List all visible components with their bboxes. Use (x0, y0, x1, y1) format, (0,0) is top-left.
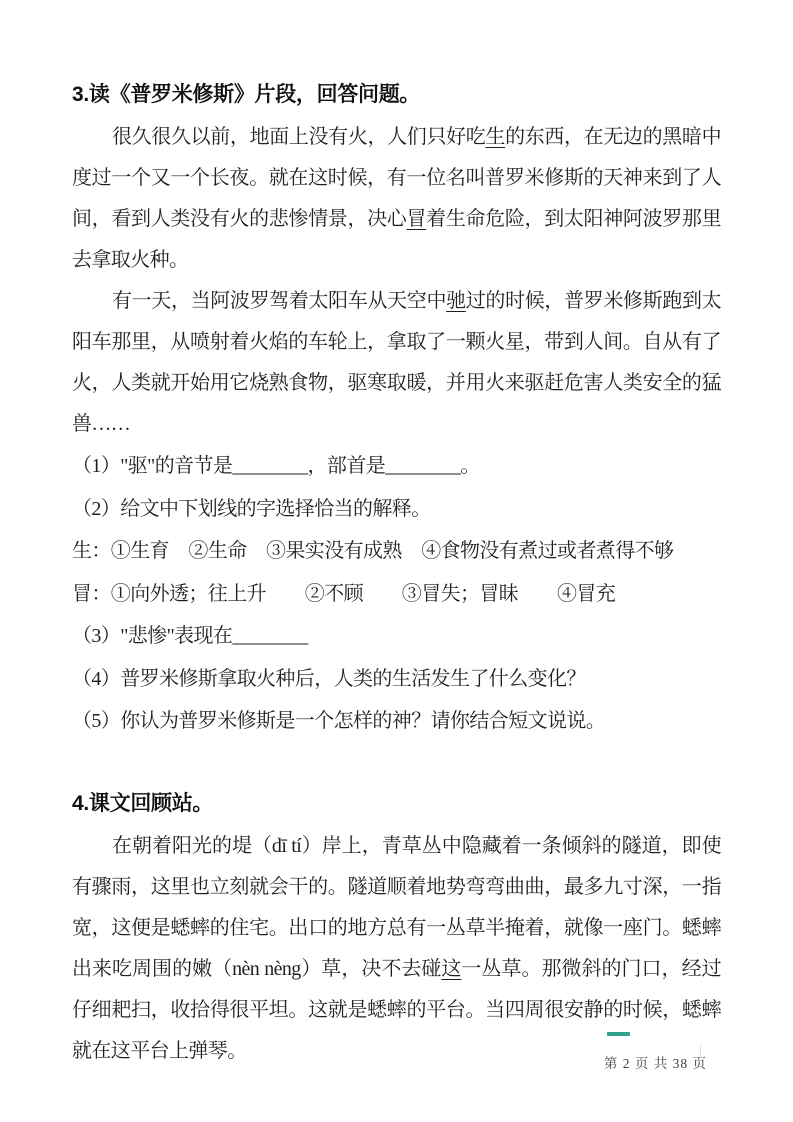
section-3-heading: 3.读《普罗米修斯》片段，回答问题。 (72, 72, 721, 117)
section-prometheus: 3.读《普罗米修斯》片段，回答问题。 很久很久以前，地面上没有火，人们只好吃生的… (72, 72, 721, 743)
question-1: （1）"驱"的音节是________，部首是________。 (72, 445, 721, 488)
section-3-number: 3. (72, 83, 89, 106)
footer-accent-line (607, 1032, 630, 1036)
document-page: 3.读《普罗米修斯》片段，回答问题。 很久很久以前，地面上没有火，人们只好吃生的… (0, 0, 793, 1122)
question-3: （3）"悲惨"表现在________ (72, 615, 721, 658)
section-3-title: 读《普罗米修斯》片段，回答问题。 (89, 82, 420, 106)
prometheus-paragraph-1: 很久很久以前，地面上没有火，人们只好吃生的东西，在无边的黑暗中度过一个又一个长夜… (72, 117, 721, 281)
question-2: （2）给文中下划线的字选择恰当的解释。 (72, 488, 721, 531)
page-number-label: 第 2 页 共 38 页 (604, 1054, 707, 1074)
question-4: （4）普罗米修斯拿取火种后，人类的生活发生了什么变化？ (72, 658, 721, 701)
question-5: （5）你认为普罗米修斯是一个怎样的神？请你结合短文说说。 (72, 700, 721, 743)
section-4-number: 4. (72, 792, 89, 815)
prometheus-paragraph-2: 有一天，当阿波罗驾着太阳车从天空中驰过的时候，普罗米修斯跑到太阳车那里，从喷射着… (72, 281, 721, 445)
question-2-options-mao: 冒：①向外透；往上升 ②不顾 ③冒失；冒昧 ④冒充 (72, 573, 721, 616)
section-text-review: 4.课文回顾站。 在朝着阳光的堤（dī tí）岸上，青草丛中隐藏着一条倾斜的隧道… (72, 781, 721, 1072)
question-2-options-sheng: 生：①生育 ②生命 ③果实没有成熟 ④食物没有煮过或者煮得不够 (72, 530, 721, 573)
section-4-title: 课文回顾站。 (89, 791, 213, 815)
section-4-heading: 4.课文回顾站。 (72, 781, 721, 826)
